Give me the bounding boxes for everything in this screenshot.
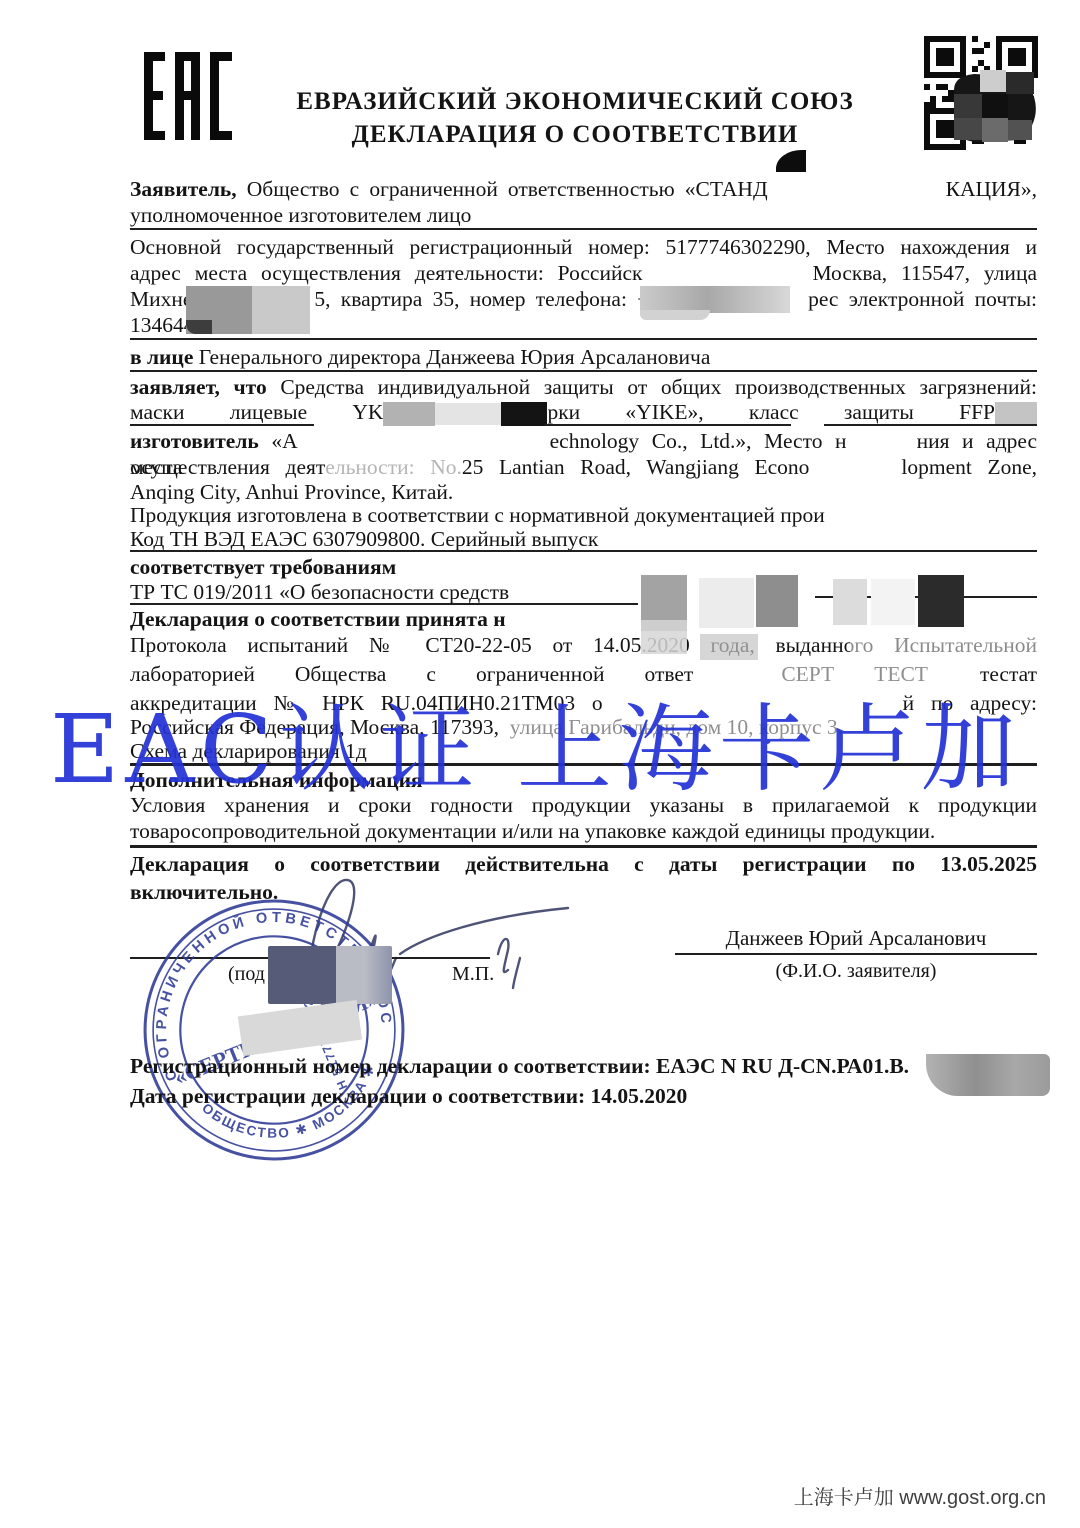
- redaction-block: [641, 620, 687, 654]
- ogrn-line1: Основной государственный регистрационный…: [130, 234, 1037, 260]
- storage-line1: Условия хранения и сроки годности продук…: [130, 792, 1037, 818]
- scheme-line: Схема декларирования 1д: [130, 738, 1037, 764]
- redaction-inline: [435, 403, 501, 425]
- separator: [545, 424, 791, 426]
- qr-code: [924, 36, 1038, 150]
- title-line1: ЕВРАЗИЙСКИЙ ЭКОНОМИЧЕСКИЙ СОЮЗ: [265, 88, 885, 116]
- redaction-wedge: [776, 150, 806, 172]
- complies-label: соответствует требованиям: [130, 554, 1037, 580]
- registration-date-line: Дата регистрации декларации о соответств…: [130, 1084, 1037, 1109]
- separator: [130, 763, 1037, 766]
- applicant-line2: уполномоченное изготовителем лицо: [130, 202, 1037, 228]
- redaction-block: [918, 575, 964, 627]
- redaction-block: [186, 320, 212, 334]
- person-line: в лице Генерального директора Данжеева Ю…: [130, 344, 1037, 370]
- redaction-block: [699, 578, 754, 628]
- applicant-label: Заявитель,: [130, 177, 237, 201]
- signature-line-right: [675, 953, 1037, 955]
- mp-label: М.П.: [452, 963, 494, 986]
- redaction-inline: [383, 402, 435, 426]
- redaction-inline: [501, 402, 547, 426]
- protocol-line3: аккредитации № НРК RU.04ПИН0.21ТМ03 ой п…: [130, 690, 1037, 716]
- separator: [130, 845, 1037, 848]
- separator: [130, 424, 314, 426]
- redaction-block: [871, 579, 915, 625]
- redaction-block: [756, 575, 798, 627]
- separator: [130, 603, 638, 605]
- fio-name: Данжеев Юрий Арсаланович: [675, 926, 1037, 951]
- redaction-block: [833, 579, 867, 625]
- manufacturer-line2: осуществления деятельности: No.25 Lantia…: [130, 454, 1037, 480]
- redaction-block: [252, 286, 310, 334]
- title-line2: ДЕКЛАРАЦИЯ О СООТВЕТСТВИИ: [265, 121, 885, 149]
- footer-text: 上海卡卢加 www.gost.org.cn: [794, 1481, 1046, 1510]
- fio-label: (Ф.И.О. заявителя): [675, 960, 1037, 983]
- protocol-line4: Российская Федерация, Москва, 117393, ул…: [130, 714, 1037, 740]
- separator: [130, 550, 1037, 552]
- redaction-overlay: [850, 634, 1037, 656]
- separator: [130, 370, 1037, 372]
- redaction-block: [268, 946, 392, 1004]
- declaration-document: ЕВРАЗИЙСКИЙ ЭКОНОМИЧЕСКИЙ СОЮЗ ДЕКЛАРАЦИ…: [0, 0, 1080, 1528]
- manufacturer-line1: изготовитель «Aechnology Co., Ltd.», Мес…: [130, 428, 1037, 454]
- separator: [130, 228, 1037, 230]
- tnved-line: Код ТН ВЭД ЕАЭС 6307909800. Серийный вып…: [130, 526, 1037, 552]
- eac-logo-icon: [142, 50, 234, 142]
- storage-line2: товаросопроводительной документации и/ил…: [130, 818, 1037, 844]
- declares-line1: заявляет, что Средства индивидуальной за…: [130, 374, 1037, 400]
- protocol-line2: лабораторией Общества с ограниченной отв…: [130, 661, 1037, 687]
- ogrn-line2: адрес места осуществления деятельности: …: [130, 260, 1037, 286]
- redaction-block: [700, 634, 758, 660]
- additional-label: Дополнительная информация: [130, 767, 1037, 793]
- masks-line: маски лицевые YKрки «YIKE», класс защиты…: [130, 399, 1037, 425]
- separator: [130, 338, 1037, 340]
- redaction-block: [640, 310, 710, 320]
- registration-number-line: Регистрационный номер декларации о соотв…: [130, 1054, 1037, 1079]
- redaction-block: [926, 1054, 1050, 1096]
- separator: [824, 424, 1037, 426]
- redaction-block: [640, 286, 790, 313]
- redaction-inline: [995, 402, 1037, 426]
- applicant-line1: Заявитель, Общество с ограниченной ответ…: [130, 176, 1037, 202]
- production-line: Продукция изготовлена в соответствии с н…: [130, 502, 1037, 528]
